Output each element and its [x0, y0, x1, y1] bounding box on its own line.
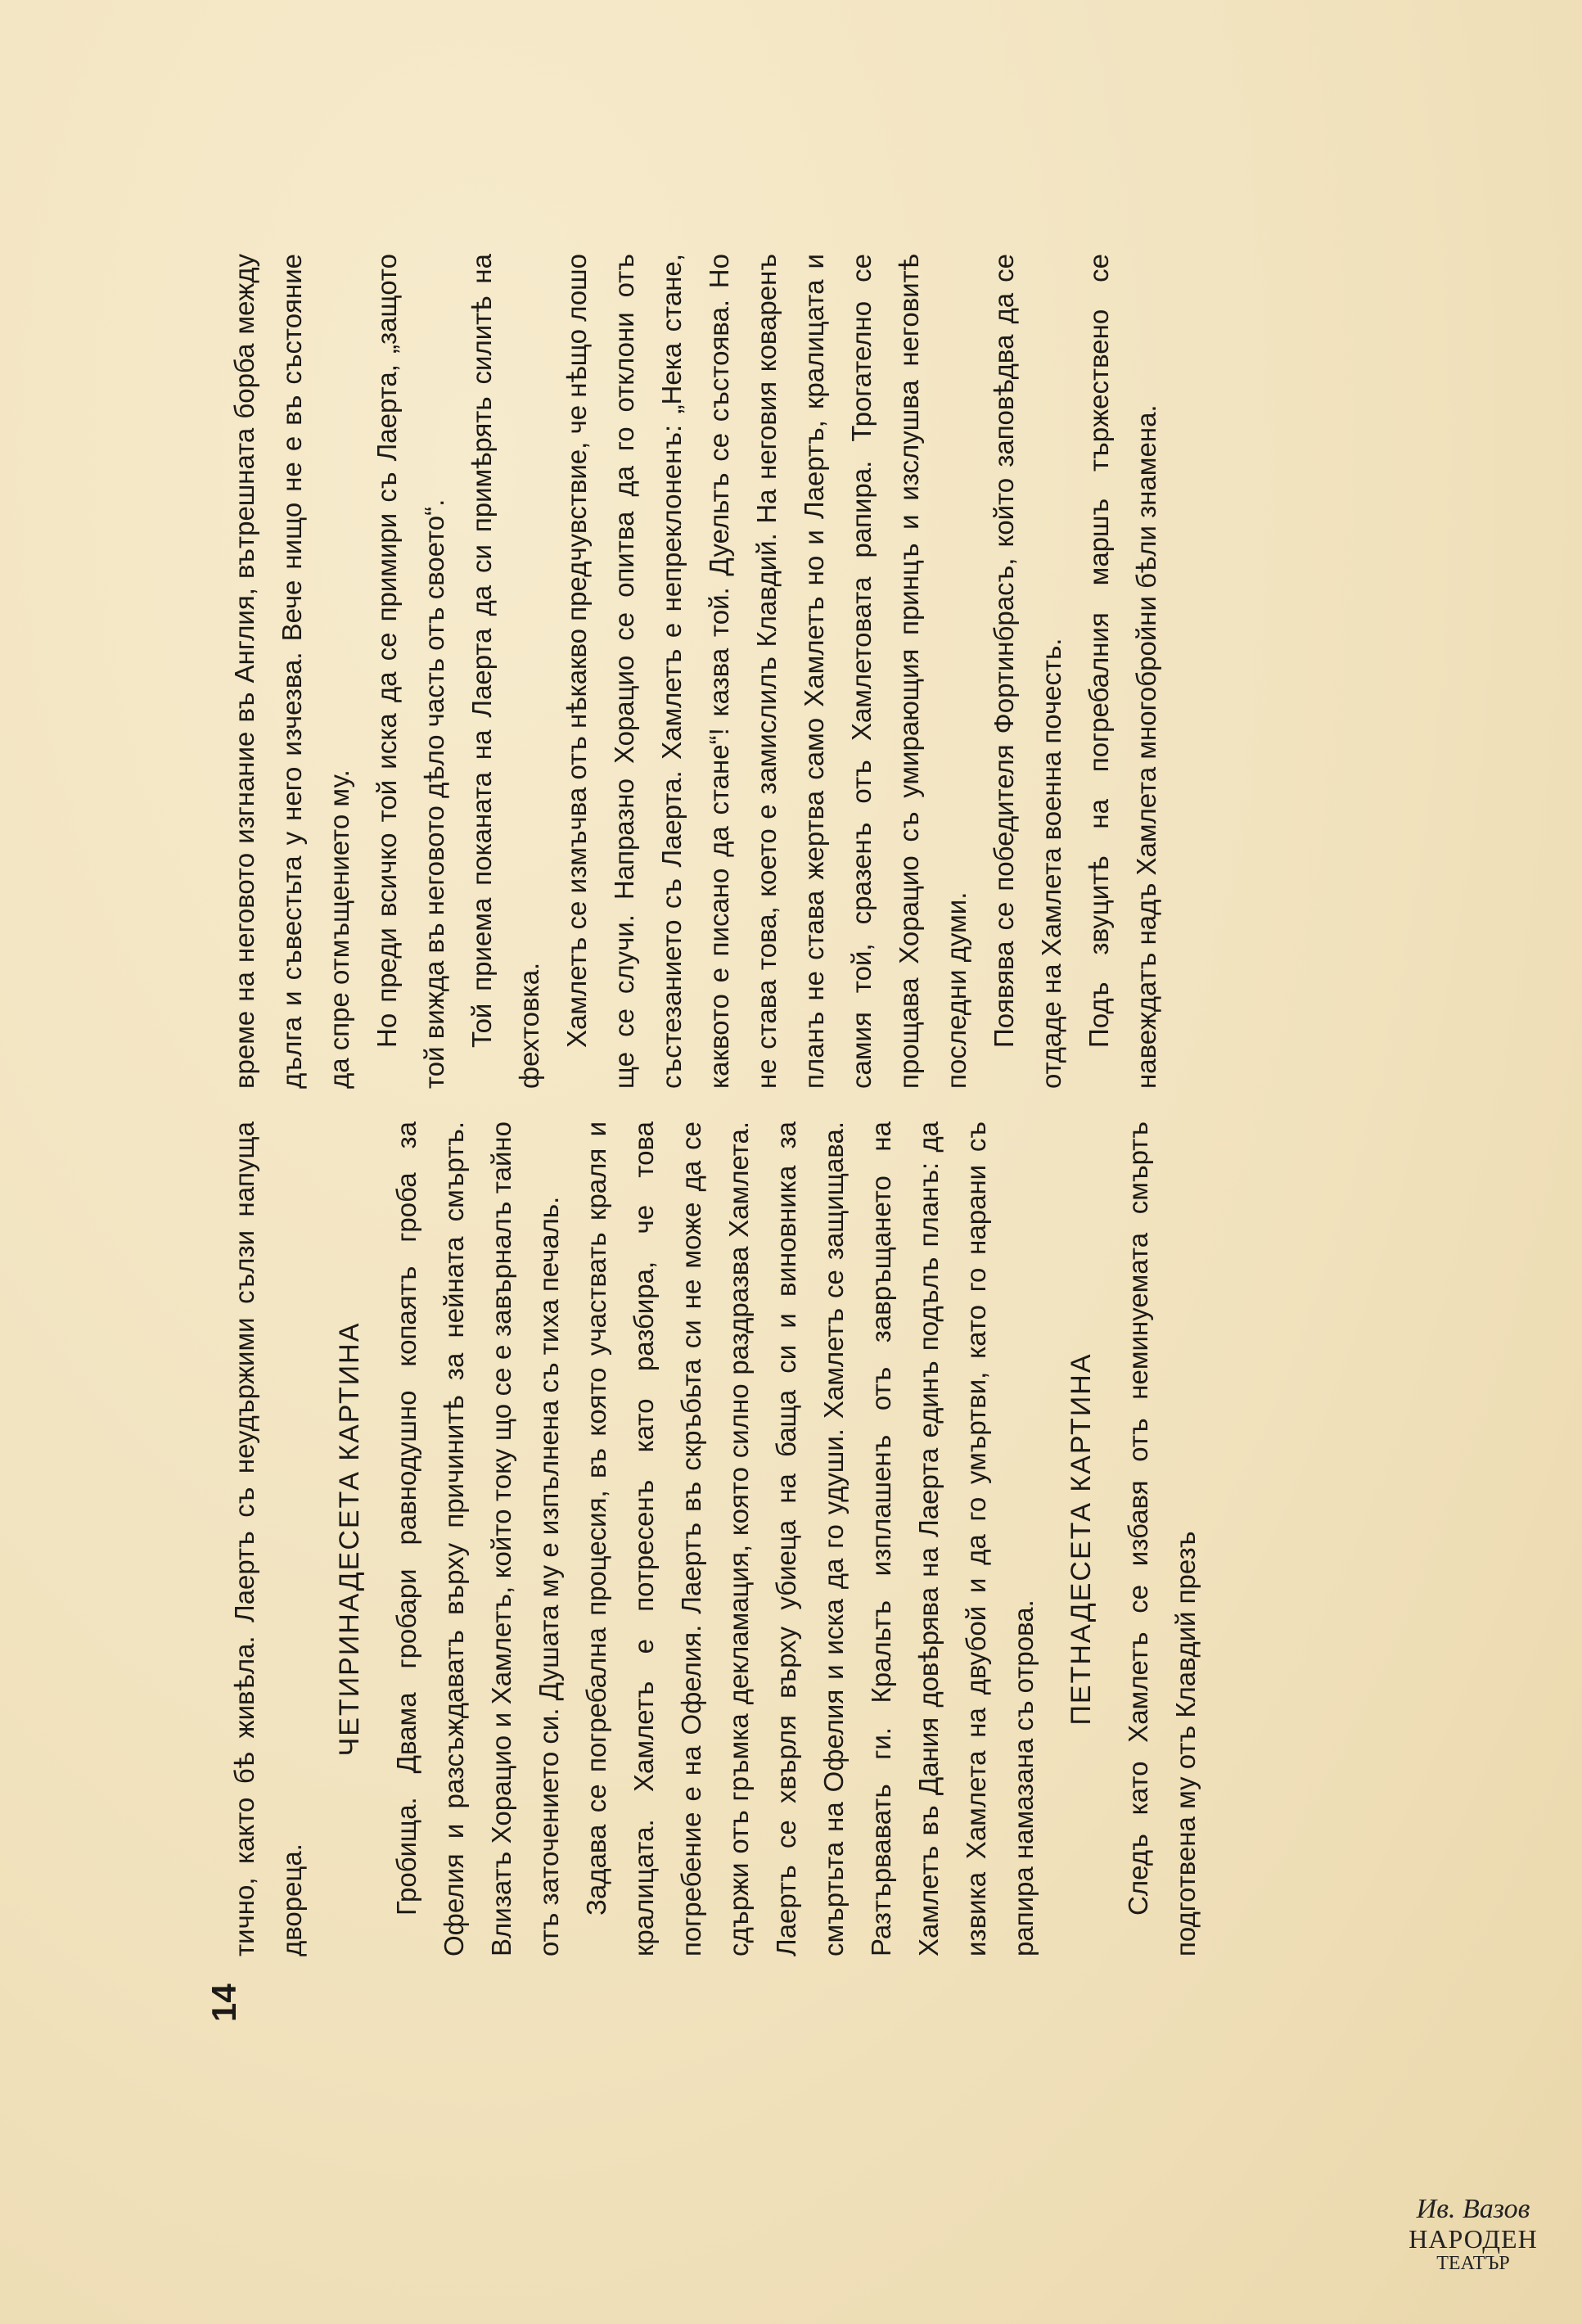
paragraph: Хамлетъ се измъчва отъ нѣкакво предчувст… — [553, 254, 980, 1089]
paragraph: Той приема поканата на Лаерта да си прим… — [458, 254, 553, 1089]
left-column: тично, както бѣ живѣла. Лаертъ съ неудър… — [221, 1121, 1210, 1956]
logo-line-2: ТЕАТЪР — [1391, 2253, 1555, 2274]
right-column: време на неговото изгнание въ Англия, въ… — [221, 254, 1170, 1089]
section-heading: ПЕТНАДЕСЕТА КАРТИНА — [1057, 1121, 1105, 1956]
national-theatre-logo: Ив. Вазов НАРОДЕН ТЕАТЪР — [1391, 2194, 1555, 2274]
paragraph: Следъ като Хамлетъ се избавя отъ неминуе… — [1115, 1121, 1210, 1956]
paragraph: Появява се победителя Фортинбрасъ, който… — [980, 254, 1075, 1089]
paragraph: тично, както бѣ живѣла. Лаертъ съ неудър… — [221, 1121, 316, 1956]
section-heading: ЧЕТИРИНАДЕСЕТА КАРТИНА — [326, 1121, 373, 1956]
paragraph: Гробища. Двама гробари равнодушно копаят… — [383, 1121, 573, 1956]
rotated-page-content: 14 тично, както бѣ живѣла. Лаертъ съ неу… — [205, 237, 1138, 2022]
paragraph: Но преди всичко той иска да се примири с… — [363, 254, 458, 1089]
page-number: 14 — [205, 1983, 244, 2022]
paragraph: Подъ звуцитѣ на погребалния маршъ тържес… — [1075, 254, 1170, 1089]
paragraph: време на неговото изгнание въ Англия, въ… — [221, 254, 363, 1089]
logo-line-1: НАРОДЕН — [1391, 2225, 1555, 2253]
paragraph: Задава се погребална процесия, въ която … — [573, 1121, 1048, 1956]
logo-signature: Ив. Вазов — [1391, 2194, 1555, 2225]
